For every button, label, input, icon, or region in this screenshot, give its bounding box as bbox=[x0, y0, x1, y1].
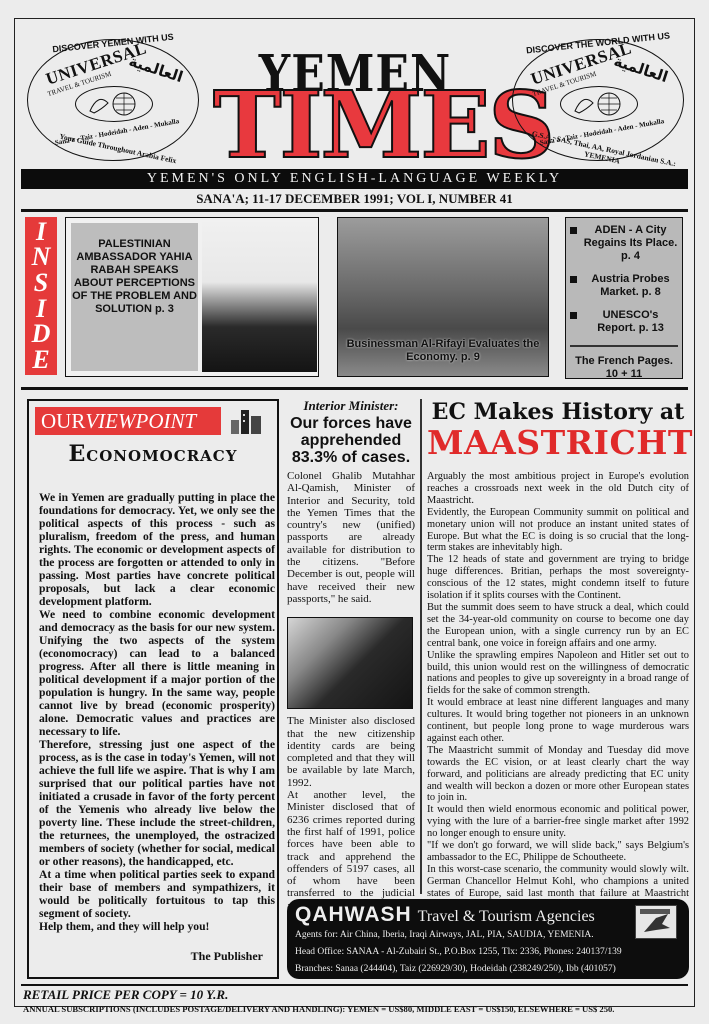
inside-item-label: ADEN - A City Regains Its Place. p. 4 bbox=[583, 224, 678, 263]
inside-letter: D bbox=[32, 322, 51, 346]
paragraph: Therefore, stressing just one aspect of … bbox=[39, 738, 275, 868]
paragraph: We in Yemen are gradually putting in pla… bbox=[39, 491, 275, 608]
article-body: At another level, the Minister disclosed… bbox=[287, 789, 415, 912]
article-body: The Minister also disclosed that the new… bbox=[287, 715, 415, 789]
paragraph: It would embrace at least nine different… bbox=[427, 697, 689, 745]
banner-bold: OUR bbox=[41, 409, 85, 433]
logo-arabic: العالمية bbox=[127, 52, 186, 86]
globe-bird-icon bbox=[75, 86, 153, 122]
universal-travel-ad-right: DISCOVER THE WORLD WITH US UNIVERSAL TRA… bbox=[512, 39, 684, 161]
paragraph: "If we don't go forward, we will slide b… bbox=[427, 840, 689, 864]
bird-logo-icon bbox=[635, 905, 677, 939]
paragraph: At a time when political parties seek to… bbox=[39, 868, 275, 920]
viewpoint-banner: OURVIEWPOINT bbox=[35, 407, 221, 435]
dateline: SANA'A; 11-17 DECEMBER 1991; VOL I, NUMB… bbox=[15, 191, 694, 207]
paragraph: It would then wield enormous economic an… bbox=[427, 804, 689, 840]
interior-minister-article: Interior Minister: Our forces have appre… bbox=[287, 399, 415, 929]
inside-label: I N S I D E bbox=[25, 217, 57, 375]
inside-feature-ambassador[interactable]: PALESTINIAN AMBASSADOR YAHIA RABAH SPEAK… bbox=[65, 217, 319, 377]
subscription-rates: ANNUAL SUBSCRIPTIONS (INCLUDES POSTAGE/D… bbox=[23, 1004, 614, 1014]
editorial-body: We in Yemen are gradually putting in pla… bbox=[39, 491, 275, 933]
inside-feature-businessman[interactable]: Businessman Al-Rifayi Evaluates the Econ… bbox=[337, 217, 549, 377]
divider bbox=[21, 387, 688, 390]
paragraph: Evidently, the European Community summit… bbox=[427, 507, 689, 555]
inside-letter: E bbox=[32, 348, 49, 372]
inside-item[interactable]: ADEN - A City Regains Its Place. p. 4 bbox=[570, 224, 678, 263]
universal-travel-ad-left: DISCOVER YEMEN WITH US UNIVERSAL TRAVEL … bbox=[27, 39, 199, 161]
square-bullet-icon bbox=[570, 276, 577, 283]
building-icon bbox=[227, 406, 265, 436]
banner-italic: VIEWPOINT bbox=[85, 409, 196, 433]
article-body: Colonel Ghalib Mutahhar Al-Qamish, Minis… bbox=[287, 470, 415, 605]
divider bbox=[570, 345, 678, 347]
ad-brand: QAHWASH bbox=[295, 903, 412, 926]
paragraph: The 12 heads of state and government are… bbox=[427, 554, 689, 602]
inside-item[interactable]: Austria Probes Market. p. 8 bbox=[570, 273, 678, 299]
article-body: Arguably the most ambitious project in E… bbox=[427, 471, 689, 912]
inside-item-label: Austria Probes Market. p. 8 bbox=[583, 273, 678, 299]
square-bullet-icon bbox=[570, 312, 577, 319]
inside-item[interactable]: UNESCO's Report. p. 13 bbox=[570, 309, 678, 335]
square-bullet-icon bbox=[570, 227, 577, 234]
retail-price: RETAIL PRICE PER COPY = 10 Y.R. bbox=[23, 987, 228, 1003]
signature: The Publisher bbox=[191, 949, 263, 964]
minister-photo bbox=[287, 617, 413, 709]
inside-letter: S bbox=[34, 271, 48, 295]
paragraph: We need to combine economic development … bbox=[39, 608, 275, 738]
logo-arabic: العالمية bbox=[612, 52, 671, 86]
inside-item-label: UNESCO's Report. p. 13 bbox=[583, 309, 678, 335]
tagline-bar: YEMEN'S ONLY ENGLISH-LANGUAGE WEEKLY bbox=[21, 169, 688, 189]
kicker: Interior Minister: bbox=[287, 399, 415, 413]
viewpoint-editorial: OURVIEWPOINT Economocracy We in Yemen ar… bbox=[27, 399, 279, 979]
ad-head-office: Head Office: SANAA - Al-Zubairi St., P.O… bbox=[295, 944, 681, 961]
paragraph: Unlike the sprawling empires Napoleon an… bbox=[427, 650, 689, 698]
inside-letter: I bbox=[36, 297, 46, 321]
inside-letter: I bbox=[36, 220, 46, 244]
ad-branches: Branches: Sanaa (244404), Taiz (226929/3… bbox=[295, 961, 681, 978]
editorial-title: Economocracy bbox=[29, 441, 277, 467]
inside-index: ADEN - A City Regains Its Place. p. 4 Au… bbox=[565, 217, 683, 379]
paragraph: The Maastricht summit of Monday and Tues… bbox=[427, 745, 689, 805]
globe-bird-icon bbox=[560, 86, 638, 122]
feature-teaser: PALESTINIAN AMBASSADOR YAHIA RABAH SPEAK… bbox=[71, 223, 198, 371]
photo-caption: Businessman Al-Rifayi Evaluates the Econ… bbox=[338, 338, 548, 364]
paragraph: Arguably the most ambitious project in E… bbox=[427, 471, 689, 507]
paragraph: But the summit does seem to have struck … bbox=[427, 602, 689, 650]
masthead-title-times: TIMES bbox=[213, 79, 503, 171]
french-pages-link[interactable]: The French Pages. 10 + 11 bbox=[570, 355, 678, 381]
ambassador-photo bbox=[202, 222, 317, 372]
inside-letter: N bbox=[32, 245, 51, 269]
column-divider bbox=[420, 399, 422, 894]
ad-tagline: Travel & Tourism Agencies bbox=[418, 908, 595, 925]
qahwash-advertisement: QAHWASHTravel & Tourism Agencies Agents … bbox=[287, 899, 689, 979]
divider bbox=[21, 209, 688, 212]
headline: EC Makes History at bbox=[427, 399, 689, 425]
newspaper-front-page: DISCOVER YEMEN WITH US UNIVERSAL TRAVEL … bbox=[14, 18, 695, 1007]
ec-maastricht-article: EC Makes History at MAASTRICHT Arguably … bbox=[427, 399, 689, 931]
paragraph: Help them, and they will help you! bbox=[39, 920, 275, 933]
headline: Our forces have apprehended 83.3% of cas… bbox=[287, 415, 415, 466]
divider bbox=[21, 984, 688, 986]
ad-agents: Agents for: Air China, Iberia, Iraqi Air… bbox=[295, 927, 681, 944]
headline-red: MAASTRICHT bbox=[427, 425, 689, 461]
